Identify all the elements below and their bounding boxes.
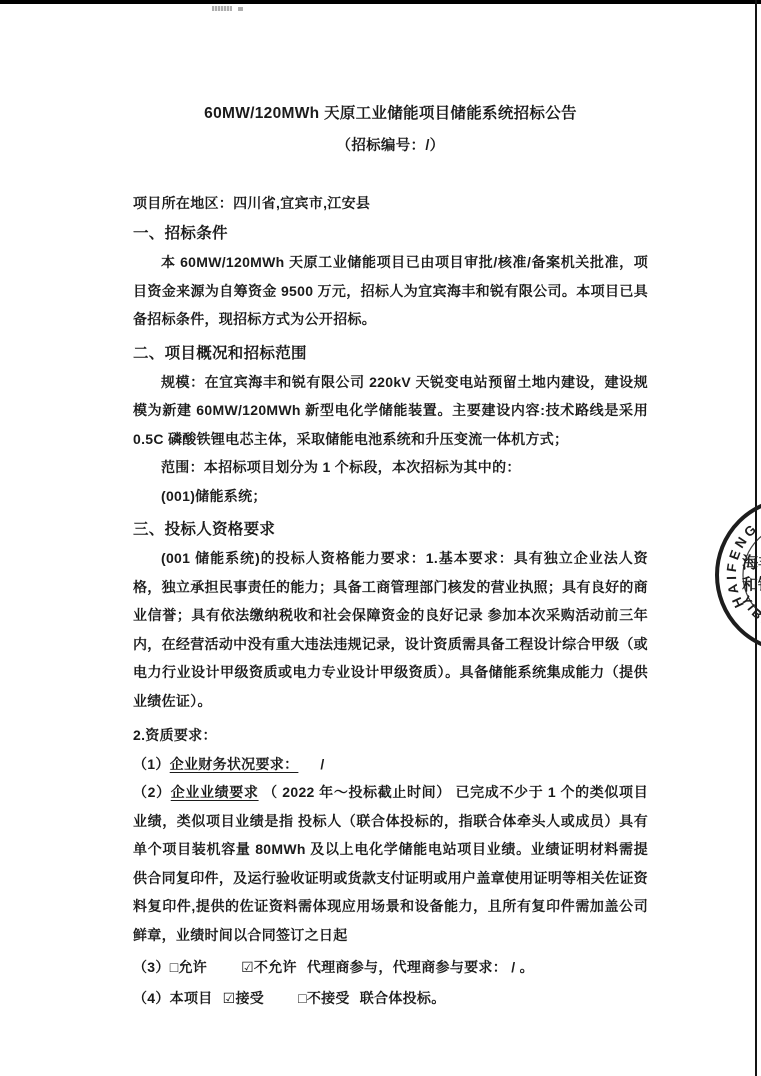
seal-arc-bottom-text: YIBIN (738, 593, 761, 632)
section1-body: 本 60MW/120MWh 天原工业储能项目已由项目审批/核准/备案机关批准，项… (133, 248, 648, 334)
section2-heading: 二、项目概况和招标范围 (133, 342, 648, 366)
item4-accept-label: 接受 (235, 990, 264, 1006)
item4-number: （4）本项目 (133, 990, 213, 1006)
item3-allow-label: 允许 (178, 959, 207, 975)
scan-artifact (238, 7, 243, 11)
item4-rest: 联合体投标。 (360, 990, 446, 1006)
checkbox-checked-icon: ☑ (223, 990, 236, 1006)
svg-text:YIBIN: YIBIN (738, 593, 761, 632)
project-location-line: 项目所在地区：四川省,宜宾市,江安县 (133, 192, 648, 214)
qualification-item4: （4）本项目☑接受□不接受联合体投标。 (133, 984, 648, 1013)
section2-lot: (001)储能系统； (133, 482, 648, 511)
section3-basic-requirements: (001 储能系统)的投标人资格能力要求：1.基本要求：具有独立企业法人资格，独… (133, 544, 648, 715)
bid-number-line: （招标编号：/） (133, 136, 648, 156)
tender-announcement-document: 60MW/120MWh 天原工业储能项目储能系统招标公告 （招标编号：/） 项目… (133, 104, 648, 1012)
qualification-item1: （1）企业财务状况要求：/ (133, 750, 648, 779)
item3-disallow-label: 不允许 (254, 959, 297, 975)
item4-reject-label: 不接受 (307, 990, 350, 1006)
checkbox-checked-icon: ☑ (241, 959, 254, 975)
section3-heading: 三、投标人资格要求 (133, 518, 648, 542)
item1-value: / (320, 756, 324, 772)
qualification-item3: （3）□允许☑不允许代理商参与，代理商参与要求： / 。 (133, 953, 648, 982)
item2-number: （2） (133, 784, 171, 800)
checkbox-unchecked-icon: □ (298, 990, 307, 1006)
company-seal: HAIFENG YIBIN 海丰 和锐 (712, 486, 761, 664)
item1-label: 企业财务状况要求： (170, 756, 299, 772)
section1-heading: 一、招标条件 (133, 222, 648, 246)
qualification-item2: （2）企业业绩要求 （ 2022 年～投标截止时间） 已完成不少于 1 个的类似… (133, 778, 648, 949)
section2-scale: 规模：在宜宾海丰和锐有限公司 220kV 天锐变电站预留土地内建设，建设规模为新… (133, 368, 648, 454)
item3-rest: 代理商参与，代理商参与要求： / 。 (307, 959, 534, 975)
seal-inner-text-line2: 和锐 (742, 575, 761, 594)
qualification-heading: 2.资质要求： (133, 721, 648, 750)
scan-artifact (212, 6, 232, 11)
item1-number: （1） (133, 756, 170, 772)
seal-inner-text-line1: 海丰 (742, 553, 761, 572)
document-title: 60MW/120MWh 天原工业储能项目储能系统招标公告 (133, 104, 648, 124)
item2-label: 企业业绩要求 (171, 784, 259, 800)
scan-top-border (0, 0, 761, 4)
section2-scope: 范围：本招标项目划分为 1 个标段，本次招标为其中的： (133, 453, 648, 482)
item3-number: （3） (133, 959, 170, 975)
item2-body: （ 2022 年～投标截止时间） 已完成不少于 1 个的类似项目业绩，类似项目业… (133, 784, 648, 943)
